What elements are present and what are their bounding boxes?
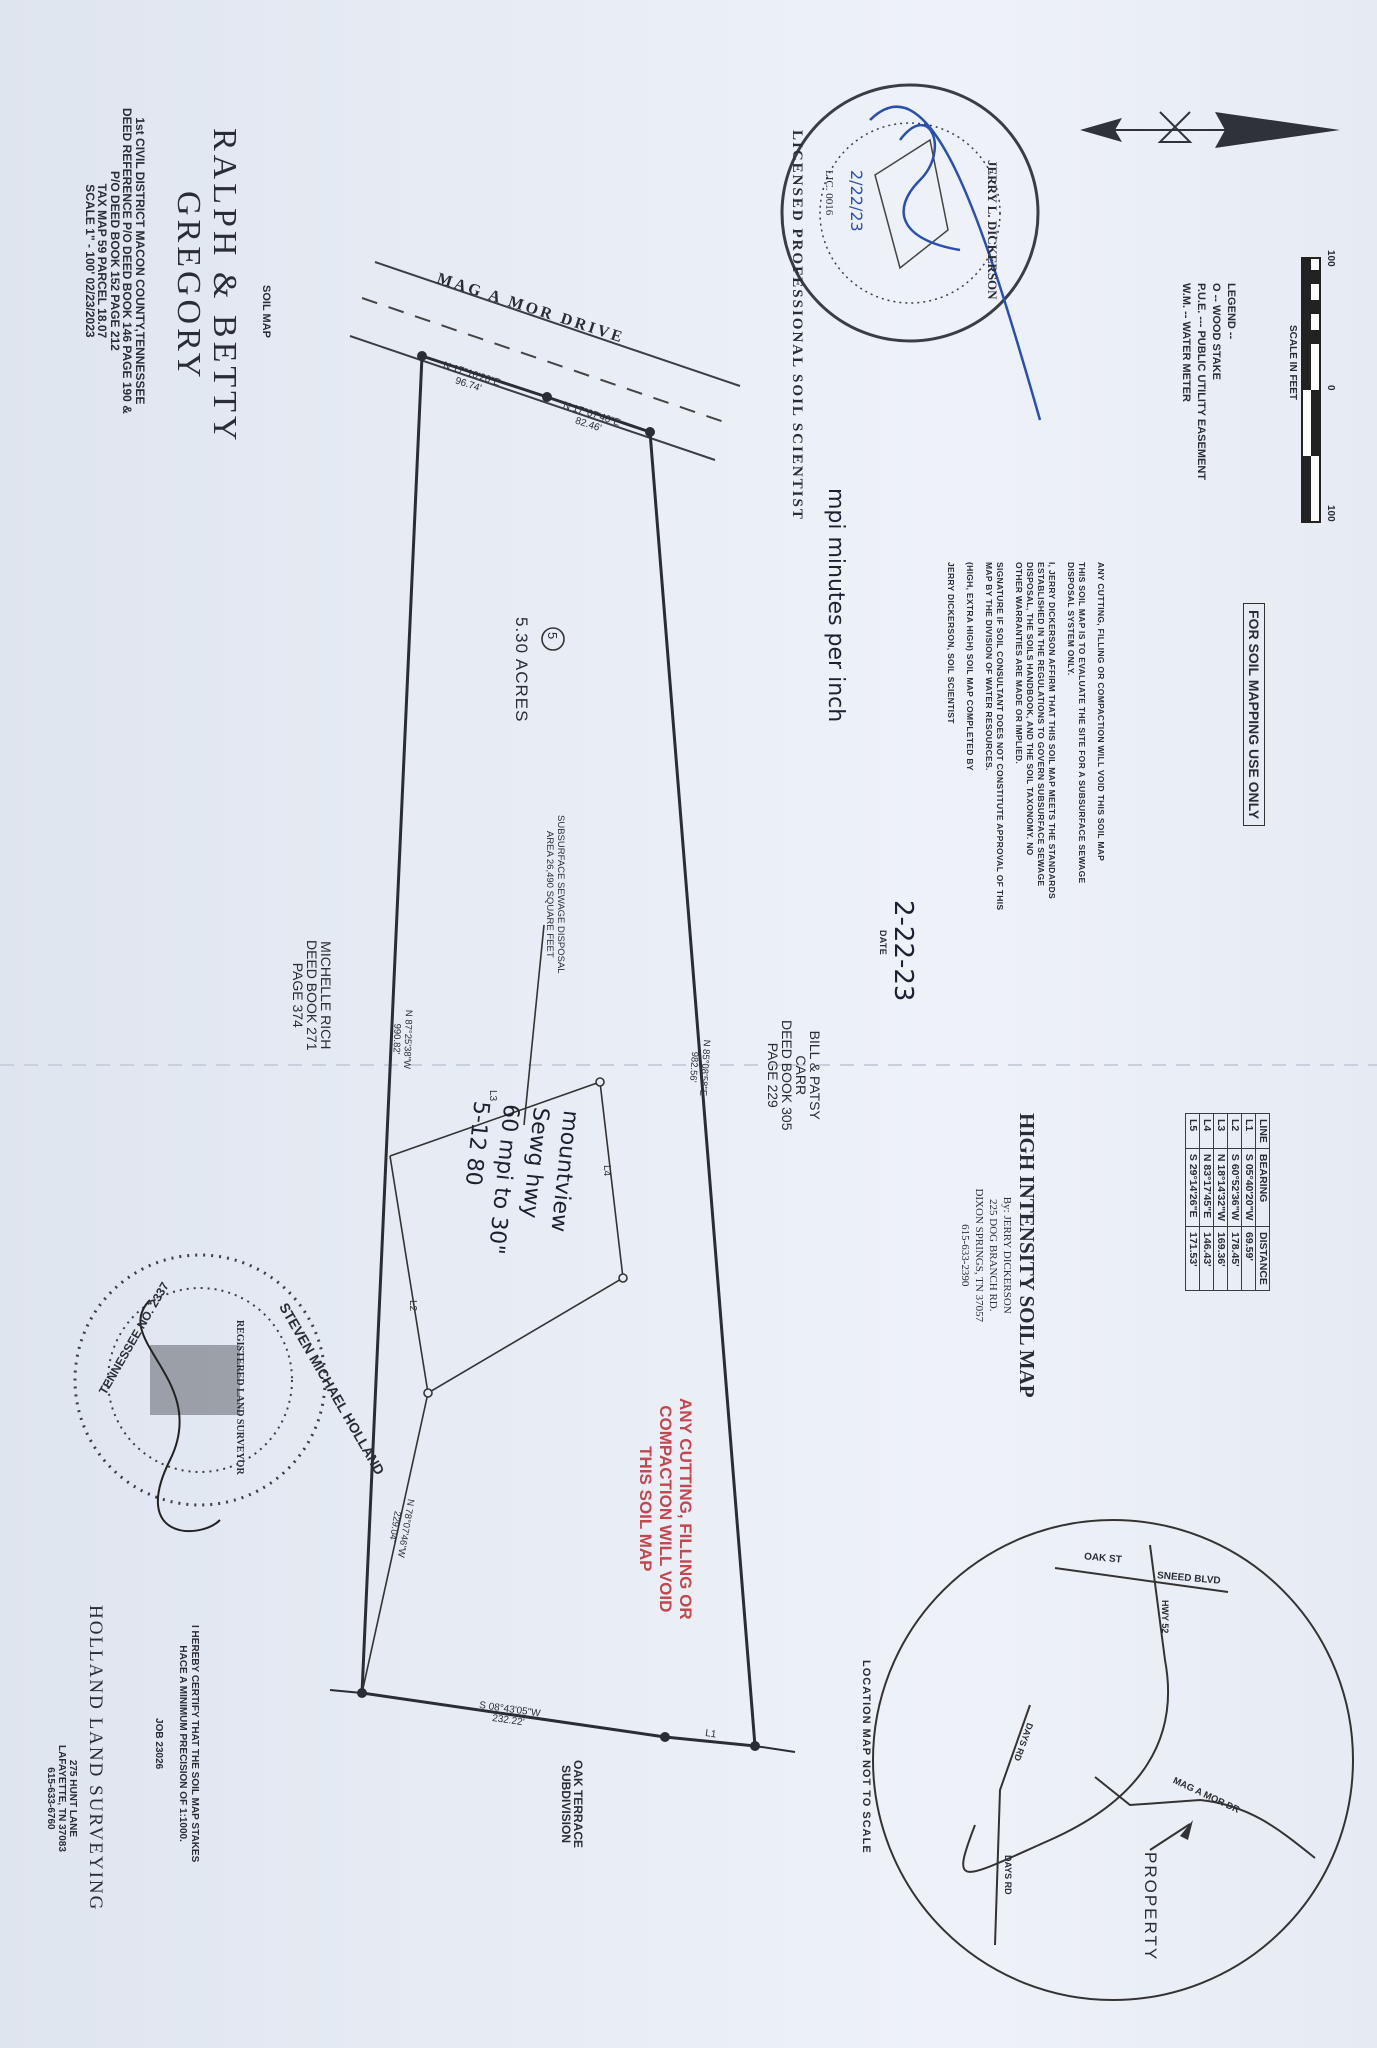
- adjoiner-line: DEED BOOK 305: [780, 1020, 794, 1131]
- adjoiner-line: OAK TERRACE: [572, 1760, 584, 1848]
- company-address: 225 DOG BRANCH RD.: [986, 1113, 1000, 1398]
- disclaimer-text: THIS SOIL MAP IS TO EVALUATE THE SITE FO…: [1076, 562, 1087, 910]
- surveyor-address: 275 HUNT LANE LAFAYETTE, TN 37083 615-63…: [45, 1745, 78, 1852]
- soil-company: HIGH INTENSITY SOIL MAP By: JERRY DICKER…: [958, 1113, 1040, 1398]
- line-label-l3: L3: [487, 1090, 498, 1101]
- handwritten-note: mpi minutes per inch: [823, 488, 848, 722]
- adjoiner-line: DEED BOOK 271: [305, 940, 319, 1051]
- district: 1st CIVIL DISTRICT MACON COUNTY,TENNESSE…: [134, 108, 147, 414]
- deed-ref: DEED REFERENCE P/O DEED BOOK 146 PAGE 19…: [121, 108, 134, 414]
- adjoiner-line: BILL & PATSY: [808, 1020, 822, 1131]
- disclaimer-text: ESTABLISHED IN THE REGULATIONS TO GOVERN…: [1035, 562, 1046, 910]
- certify-line: HACE A MINIMUM PRECISION OF 1:1000.: [176, 1625, 188, 1862]
- soil-seal-outer: LICENSED PROFESSIONAL SOIL SCIENTIST: [788, 130, 805, 521]
- disclaimer-text: I, JERRY DICKERSON AFFIRM THAT THIS SOIL…: [1046, 562, 1057, 910]
- legend: LEGEND -- O -- WOOD STAKE P.U.E. --- PUB…: [1178, 283, 1238, 480]
- company-city: DIXON SPRINGS, TN 37057: [972, 1113, 986, 1398]
- tax-map: TAX MAP 59 PARCEL 18.07: [96, 108, 109, 414]
- adjoiner-line: MICHELLE RICH: [319, 940, 333, 1051]
- adjoiner-rich: MICHELLE RICHDEED BOOK 271PAGE 374: [291, 940, 333, 1051]
- soil-seal-lic: LIC. 0016: [823, 170, 835, 215]
- address-line: 615-633-6760: [45, 1745, 56, 1852]
- certify-line: I HEREBY CERTIFY THAT THE SOIL MAP STAKE…: [188, 1625, 200, 1862]
- scale-right: 100: [1325, 505, 1336, 522]
- disclaimer-void: ANY CUTTING, FILLING OR COMPACTION WILL …: [1095, 562, 1106, 910]
- surveyor-seal-title: REGISTERED LAND SURVEYOR: [234, 1320, 245, 1475]
- legend-item: W.M. -- WATER METER: [1178, 283, 1193, 480]
- handwritten-date: 2-22-23: [888, 900, 918, 1001]
- bearing: N 87°25'38"W: [401, 1010, 414, 1070]
- adjoiner-line: SUBDIVISION: [560, 1760, 572, 1848]
- acreage: 5.30 ACRES: [511, 617, 531, 722]
- adjoiner-oak-terrace: OAK TERRACESUBDIVISION: [560, 1760, 584, 1848]
- property-label: PROPERTY: [1140, 1852, 1160, 1961]
- scale-label: SCALE IN FEET: [1287, 325, 1298, 400]
- company-name: HOLLAND LAND SURVEYING: [85, 1605, 105, 1911]
- warning-line: THIS SOIL MAP: [635, 1398, 655, 1620]
- owner-line: RALPH & BETTY: [206, 128, 242, 444]
- surveyor-certification: I HEREBY CERTIFY THAT THE SOIL MAP STAKE…: [152, 1625, 200, 1862]
- sewage-area-label: SUBSURFACE SEWAGE DISPOSALAREA 26,490 SQ…: [544, 815, 566, 974]
- soil-map-label: SOIL MAP: [260, 285, 272, 338]
- handwritten-area-note: mountview Sewg hwy 60 mpi to 30" 5-12 80: [450, 1099, 585, 1261]
- surveyor-company: HOLLAND LAND SURVEYING: [85, 1605, 105, 1911]
- table-row: L1S 05°40'20"W69.59': [1242, 1114, 1256, 1291]
- disclaimer-text: OTHER WARRANTIES ARE MADE OR IMPLIED.: [1013, 562, 1024, 910]
- deed-ref: P/O DEED BOOK 152 PAGE 212: [109, 108, 122, 414]
- disclaimer-text: DISPOSAL, THE SOILS HANDBOOK, AND THE SO…: [1024, 562, 1035, 910]
- address-line: LAFAYETTE, TN 37083: [56, 1745, 67, 1852]
- location-map-title: LOCATION MAP NOT TO SCALE: [860, 1660, 872, 1854]
- adjoiner-line: CARR: [794, 1020, 808, 1131]
- disclaimer-text: MAP BY THE DIVISION OF WATER RESOURCES.: [983, 562, 994, 910]
- scale-center: 0: [1325, 385, 1336, 391]
- warning-red: ANY CUTTING, FILLING ORCOMPACTION WILL V…: [635, 1398, 695, 1620]
- disclaimer-block: ANY CUTTING, FILLING OR COMPACTION WILL …: [945, 562, 1106, 910]
- table-row: L5S 29°14'26"E171.53': [1186, 1114, 1200, 1291]
- address-line: 275 HUNT LANE: [67, 1745, 78, 1852]
- scale-left: 100: [1325, 250, 1336, 267]
- adjoiner-carr: BILL & PATSYCARRDEED BOOK 305PAGE 229: [766, 1020, 822, 1131]
- legend-item: O -- WOOD STAKE: [1208, 283, 1223, 480]
- completed-by: (HIGH, EXTRA HIGH) SOIL MAP COMPLETED BY: [964, 562, 975, 910]
- soil-seal-name: JERRY L. DICKERSON: [984, 160, 1000, 300]
- call-4: N 87°25'38"W990.82': [390, 1009, 414, 1069]
- road-hwy-52: HWY 52: [1160, 1600, 1170, 1633]
- deed-reference: 1st CIVIL DISTRICT MACON COUNTY,TENNESSE…: [84, 108, 147, 414]
- table-row: L3N 18°14'32"W169.36': [1214, 1114, 1228, 1291]
- owner-names: RALPH & BETTY GREGORY: [170, 128, 242, 444]
- disclaimer-text: DISPOSAL SYSTEM ONLY.: [1065, 562, 1076, 910]
- soil-seal-date: 2/22/23: [847, 170, 866, 232]
- table-row: L2S 60°52'36"W178.45': [1228, 1114, 1242, 1291]
- legend-title: LEGEND --: [1223, 283, 1238, 480]
- call-3: N 85°08'58"E982.56': [686, 1038, 712, 1096]
- company-phone: 615-633-2390: [958, 1113, 972, 1398]
- line-label-l4: L4: [601, 1165, 612, 1176]
- company-by: By: JERRY DICKERSON: [1000, 1113, 1014, 1398]
- sewage-line: SUBSURFACE SEWAGE DISPOSAL: [555, 815, 566, 974]
- parcel-number: 5: [545, 632, 560, 639]
- road-days-rd-south: DAYS RD: [1003, 1855, 1013, 1895]
- disclaimer-text: SIGNATURE IF SOIL CONSULTANT DOES NOT CO…: [994, 562, 1005, 910]
- owner-line: GREGORY: [170, 128, 206, 444]
- table-header: LINEBEARINGDISTANCE: [1256, 1114, 1270, 1291]
- scientist-name: JERRY DICKERSON, SOIL SCIENTIST: [945, 562, 956, 910]
- adjoiner-line: PAGE 229: [766, 1020, 780, 1131]
- line-label-l2: L2: [407, 1300, 418, 1311]
- scale-date: SCALE 1" - 100' 02/23/2023: [84, 108, 97, 414]
- job-number: JOB 23026: [152, 1625, 164, 1862]
- line-label-l1: L1: [704, 1728, 717, 1740]
- date-label: DATE: [878, 930, 888, 955]
- warning-line: COMPACTION WILL VOID: [655, 1398, 675, 1620]
- warning-line: ANY CUTTING, FILLING OR: [675, 1398, 695, 1620]
- sewage-line: AREA 26,490 SQUARE FEET: [544, 815, 555, 974]
- legend-item: P.U.E. --- PUBLIC UTILITY EASEMENT: [1193, 283, 1208, 480]
- table-row: L4N 83°17'45"E146.43': [1200, 1114, 1214, 1291]
- line-table: LINEBEARINGDISTANCE L1S 05°40'20"W69.59'…: [1185, 1113, 1270, 1291]
- for-soil-mapping-label: FOR SOIL MAPPING USE ONLY: [1243, 603, 1265, 826]
- soil-map-title: HIGH INTENSITY SOIL MAP: [1014, 1113, 1040, 1398]
- adjoiner-line: PAGE 374: [291, 940, 305, 1051]
